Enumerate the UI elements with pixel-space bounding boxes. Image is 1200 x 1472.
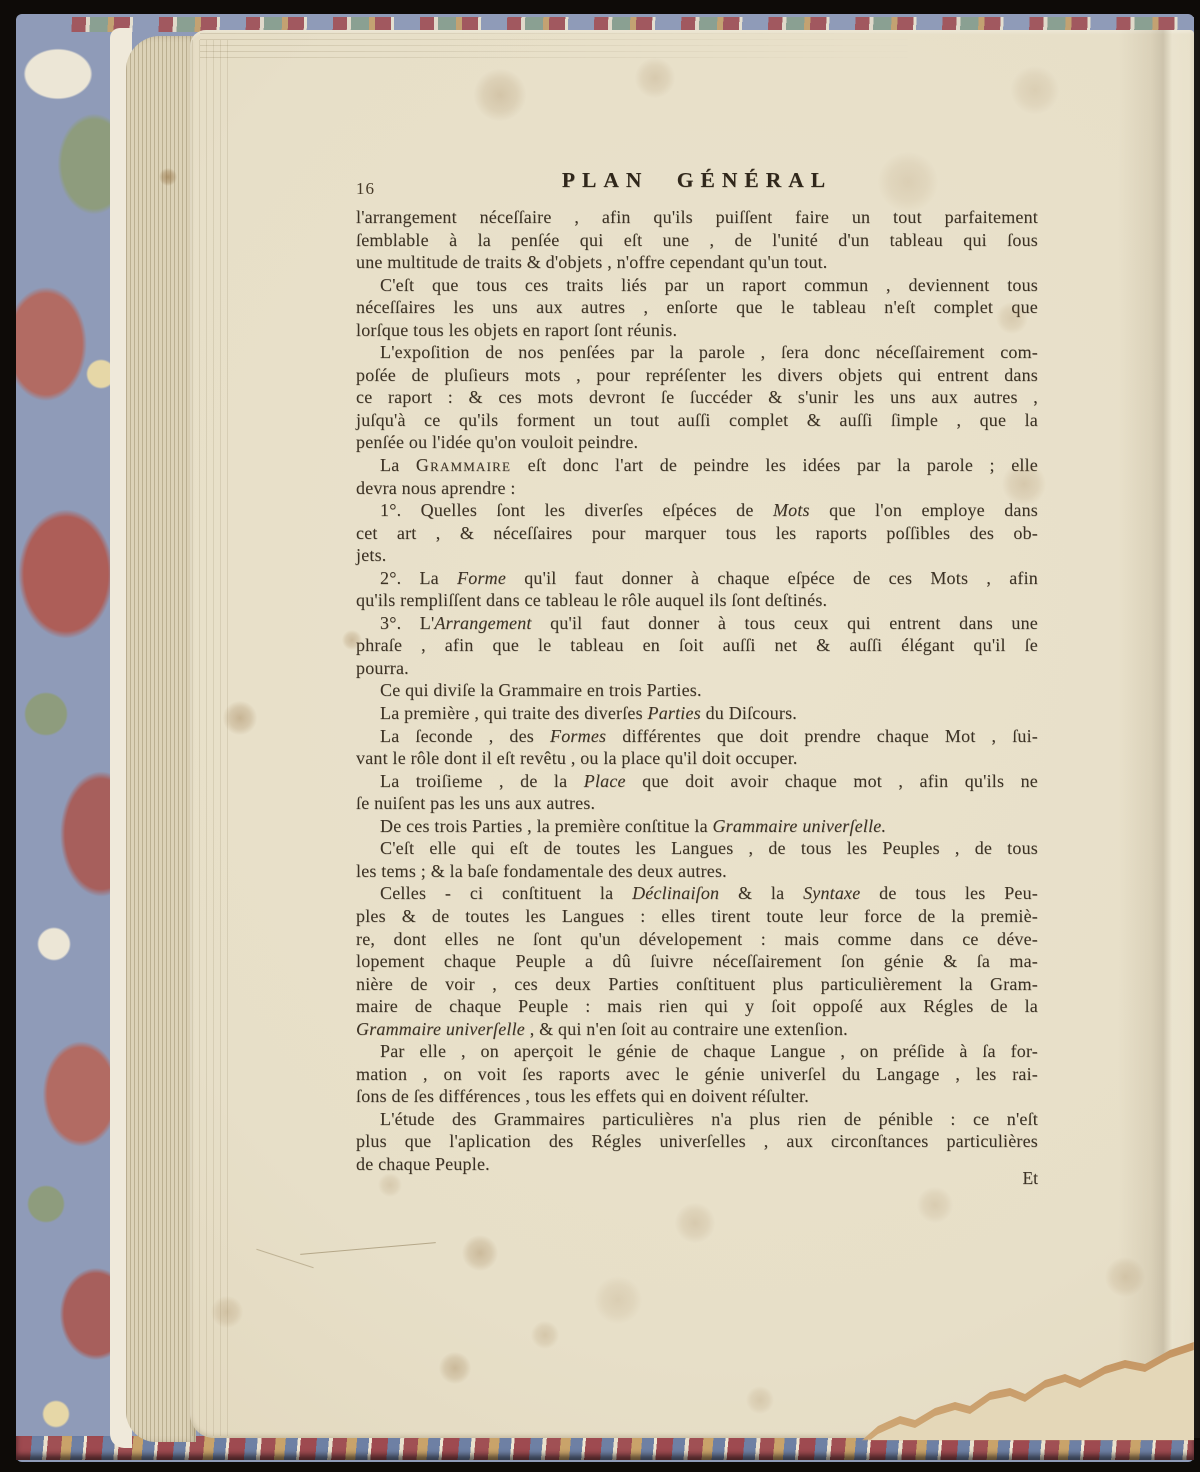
- text-segment: C'eſt elle qui eſt de toutes les Langues…: [380, 838, 1038, 858]
- text-segment: phraſe , afin que le tableau en ſoit auſ…: [356, 635, 1038, 655]
- text-segment: La troiſieme , de la: [380, 771, 584, 791]
- page-stack-edges: [126, 36, 196, 1442]
- page-number: 16: [356, 179, 375, 199]
- text-segment: & la: [719, 883, 803, 903]
- running-title: PLAN GÉNÉRAL: [356, 168, 1038, 193]
- text-line: La troiſieme , de la Place que doit avoi…: [356, 770, 1038, 793]
- text-segment: nière de voir , ces deux Parties conſtit…: [356, 974, 1038, 994]
- text-segment: eſt donc l'art de peindre les idées par …: [511, 455, 1038, 475]
- italic-text: Syntaxe: [803, 883, 860, 903]
- text-segment: La première , qui traite des diverſes: [380, 703, 648, 723]
- text-segment: néceſſaires les uns aux autres , enſorte…: [356, 297, 1038, 317]
- text-block: l'arrangement néceſſaire , afin qu'ils p…: [356, 206, 1038, 1176]
- text-segment: vant le rôle dont il eſt revêtu , ou la …: [356, 748, 798, 768]
- text-segment: que l'on employe dans: [810, 500, 1038, 520]
- text-segment: une multitude de traits & d'objets , n'o…: [356, 252, 828, 272]
- text-segment: du Diſcours.: [701, 703, 797, 723]
- text-segment: plus que l'aplication des Régles univerſ…: [356, 1131, 1038, 1151]
- text-line: La première , qui traite des diverſes Pa…: [356, 702, 1038, 725]
- text-segment: jets.: [356, 545, 387, 565]
- text-line: Ce qui diviſe la Grammaire en trois Part…: [356, 679, 1038, 702]
- text-segment: lorſque tous les objets en raport ſont r…: [356, 320, 677, 340]
- italic-text: Grammaire univerſelle: [356, 1019, 525, 1039]
- text-line: Celles - ci conſtituent la Déclinaiſon &…: [356, 882, 1038, 905]
- text-segment: ſe nuiſent pas les uns aux autres.: [356, 793, 595, 813]
- text-segment: 2°. La: [380, 568, 457, 588]
- text-segment: maire de chaque Peuple : mais rien qui y…: [356, 996, 1038, 1016]
- gutter-crease: [1118, 30, 1200, 1438]
- text-line: qu'ils rempliſſent dans ce tableau le rô…: [356, 589, 1038, 612]
- text-line: une multitude de traits & d'objets , n'o…: [356, 251, 1038, 274]
- text-segment: lopement chaque Peuple a dû ſuivre néceſ…: [356, 951, 1038, 971]
- text-line: devra nous aprendre :: [356, 477, 1038, 500]
- text-line: néceſſaires les uns aux autres , enſorte…: [356, 296, 1038, 319]
- text-line: pourra.: [356, 657, 1038, 680]
- text-line: ples & de toutes les Langues : elles tir…: [356, 905, 1038, 928]
- text-segment: pourra.: [356, 658, 409, 678]
- text-line: maire de chaque Peuple : mais rien qui y…: [356, 995, 1038, 1018]
- text-line: ſons de ſes différences , tous les effet…: [356, 1085, 1038, 1108]
- text-segment: C'eſt que tous ces traits liés par un ra…: [380, 275, 1038, 295]
- text-line: lopement chaque Peuple a dû ſuivre néceſ…: [356, 950, 1038, 973]
- italic-text: Place: [584, 771, 626, 791]
- text-line: juſqu'à ce qu'ils forment un tout auſſi …: [356, 409, 1038, 432]
- italic-text: Arrangement: [434, 613, 531, 633]
- text-segment: ſons de ſes différences , tous les effet…: [356, 1086, 809, 1106]
- text-segment: cet art , & néceſſaires pour marquer tou…: [356, 523, 1038, 543]
- text-segment: L'expoſition de nos penſées par la parol…: [380, 342, 1038, 362]
- text-segment: La ſeconde , des: [380, 726, 550, 746]
- text-line: C'eſt que tous ces traits liés par un ra…: [356, 274, 1038, 297]
- text-line: ſemblable à la penſée qui eſt une , de l…: [356, 229, 1038, 252]
- text-segment: qu'il faut donner à tous ceux qui entren…: [532, 613, 1038, 633]
- text-segment: Celles - ci conſtituent la: [380, 883, 632, 903]
- italic-text: Forme: [457, 568, 506, 588]
- text-segment: De ces trois Parties , la première conſt…: [380, 816, 712, 836]
- italic-text: Formes: [550, 726, 606, 746]
- text-segment: poſée de pluſieurs mots , pour repréſent…: [356, 365, 1038, 385]
- text-segment: Ce qui diviſe la Grammaire en trois Part…: [380, 680, 702, 700]
- text-line: 1°. Quelles ſont les diverſes eſpéces de…: [356, 499, 1038, 522]
- running-header: 16 PLAN GÉNÉRAL: [356, 168, 1038, 202]
- text-line: De ces trois Parties , la première conſt…: [356, 815, 1038, 838]
- text-line: vant le rôle dont il eſt revêtu , ou la …: [356, 747, 1038, 770]
- text-line: les tems ; & la baſe fondamentale des de…: [356, 860, 1038, 883]
- italic-text: Déclinaiſon: [632, 883, 719, 903]
- text-line: lorſque tous les objets en raport ſont r…: [356, 319, 1038, 342]
- text-segment: qu'il faut donner à chaque eſpéce de ces…: [506, 568, 1038, 588]
- text-line: La ſeconde , des Formes différentes que …: [356, 725, 1038, 748]
- text-segment: L'étude des Grammaires particulières n'a…: [380, 1109, 1038, 1129]
- page-stack-inner-edges: [192, 40, 234, 1436]
- text-segment: 3°. L': [380, 613, 434, 633]
- text-segment: ples & de toutes les Langues : elles tir…: [356, 906, 1038, 926]
- text-line: l'arrangement néceſſaire , afin qu'ils p…: [356, 206, 1038, 229]
- text-line: cet art , & néceſſaires pour marquer tou…: [356, 522, 1038, 545]
- text-line: phraſe , afin que le tableau en ſoit auſ…: [356, 634, 1038, 657]
- text-line: 3°. L'Arrangement qu'il faut donner à to…: [356, 612, 1038, 635]
- italic-text: Parties: [648, 703, 701, 723]
- text-segment: La: [380, 455, 416, 475]
- text-segment: 1°. Quelles ſont les diverſes eſpéces de: [380, 500, 773, 520]
- text-line: ſe nuiſent pas les uns aux autres.: [356, 792, 1038, 815]
- text-segment: les tems ; & la baſe fondamentale des de…: [356, 861, 727, 881]
- text-line: penſée ou l'idée qu'on vouloit peindre.: [356, 431, 1038, 454]
- text-segment: , & qui n'en ſoit au contraire une exten…: [525, 1019, 848, 1039]
- text-line: La Grammaire eſt donc l'art de peindre l…: [356, 454, 1038, 477]
- text-segment: que doit avoir chaque mot , afin qu'ils …: [626, 771, 1038, 791]
- text-line: Grammaire univerſelle , & qui n'en ſoit …: [356, 1018, 1038, 1041]
- text-line: C'eſt elle qui eſt de toutes les Langues…: [356, 837, 1038, 860]
- text-segment: devra nous aprendre :: [356, 478, 516, 498]
- text-line: mation , on voit ſes raports avec le gén…: [356, 1063, 1038, 1086]
- text-line: nière de voir , ces deux Parties conſtit…: [356, 973, 1038, 996]
- text-segment: juſqu'à ce qu'ils forment un tout auſſi …: [356, 410, 1038, 430]
- text-segment: différentes que doit prendre chaque Mot …: [606, 726, 1038, 746]
- text-line: ce raport : & ces mots devront ſe ſuccéd…: [356, 386, 1038, 409]
- text-line: re, dont elles ne ſont qu'un dévelopemen…: [356, 928, 1038, 951]
- smallcaps-text: Grammaire: [416, 455, 511, 475]
- text-segment: mation , on voit ſes raports avec le gén…: [356, 1064, 1038, 1084]
- text-segment: ſemblable à la penſée qui eſt une , de l…: [356, 230, 1038, 250]
- text-line: Par elle , on aperçoit le génie de chaqu…: [356, 1040, 1038, 1063]
- text-segment: Par elle , on aperçoit le génie de chaqu…: [380, 1041, 1038, 1061]
- text-line: L'étude des Grammaires particulières n'a…: [356, 1108, 1038, 1131]
- text-segment: l'arrangement néceſſaire , afin qu'ils p…: [356, 207, 1038, 227]
- page-top-ridges: [200, 33, 1100, 59]
- text-segment: re, dont elles ne ſont qu'un dévelopemen…: [356, 929, 1038, 949]
- italic-text: Grammaire univerſelle.: [712, 816, 886, 836]
- text-line: 2°. La Forme qu'il faut donner à chaque …: [356, 567, 1038, 590]
- text-segment: ce raport : & ces mots devront ſe ſuccéd…: [356, 387, 1038, 407]
- text-line: jets.: [356, 544, 1038, 567]
- text-line: L'expoſition de nos penſées par la parol…: [356, 341, 1038, 364]
- text-segment: de tous les Peu-: [860, 883, 1038, 903]
- text-line: plus que l'aplication des Régles univerſ…: [356, 1130, 1038, 1153]
- text-segment: penſée ou l'idée qu'on vouloit peindre.: [356, 432, 638, 452]
- catchword: Et: [356, 1168, 1038, 1189]
- italic-text: Mots: [773, 500, 810, 520]
- book-scan: 16 PLAN GÉNÉRAL l'arrangement néceſſaire…: [0, 0, 1200, 1472]
- text-segment: qu'ils rempliſſent dans ce tableau le rô…: [356, 590, 827, 610]
- text-line: poſée de pluſieurs mots , pour repréſent…: [356, 364, 1038, 387]
